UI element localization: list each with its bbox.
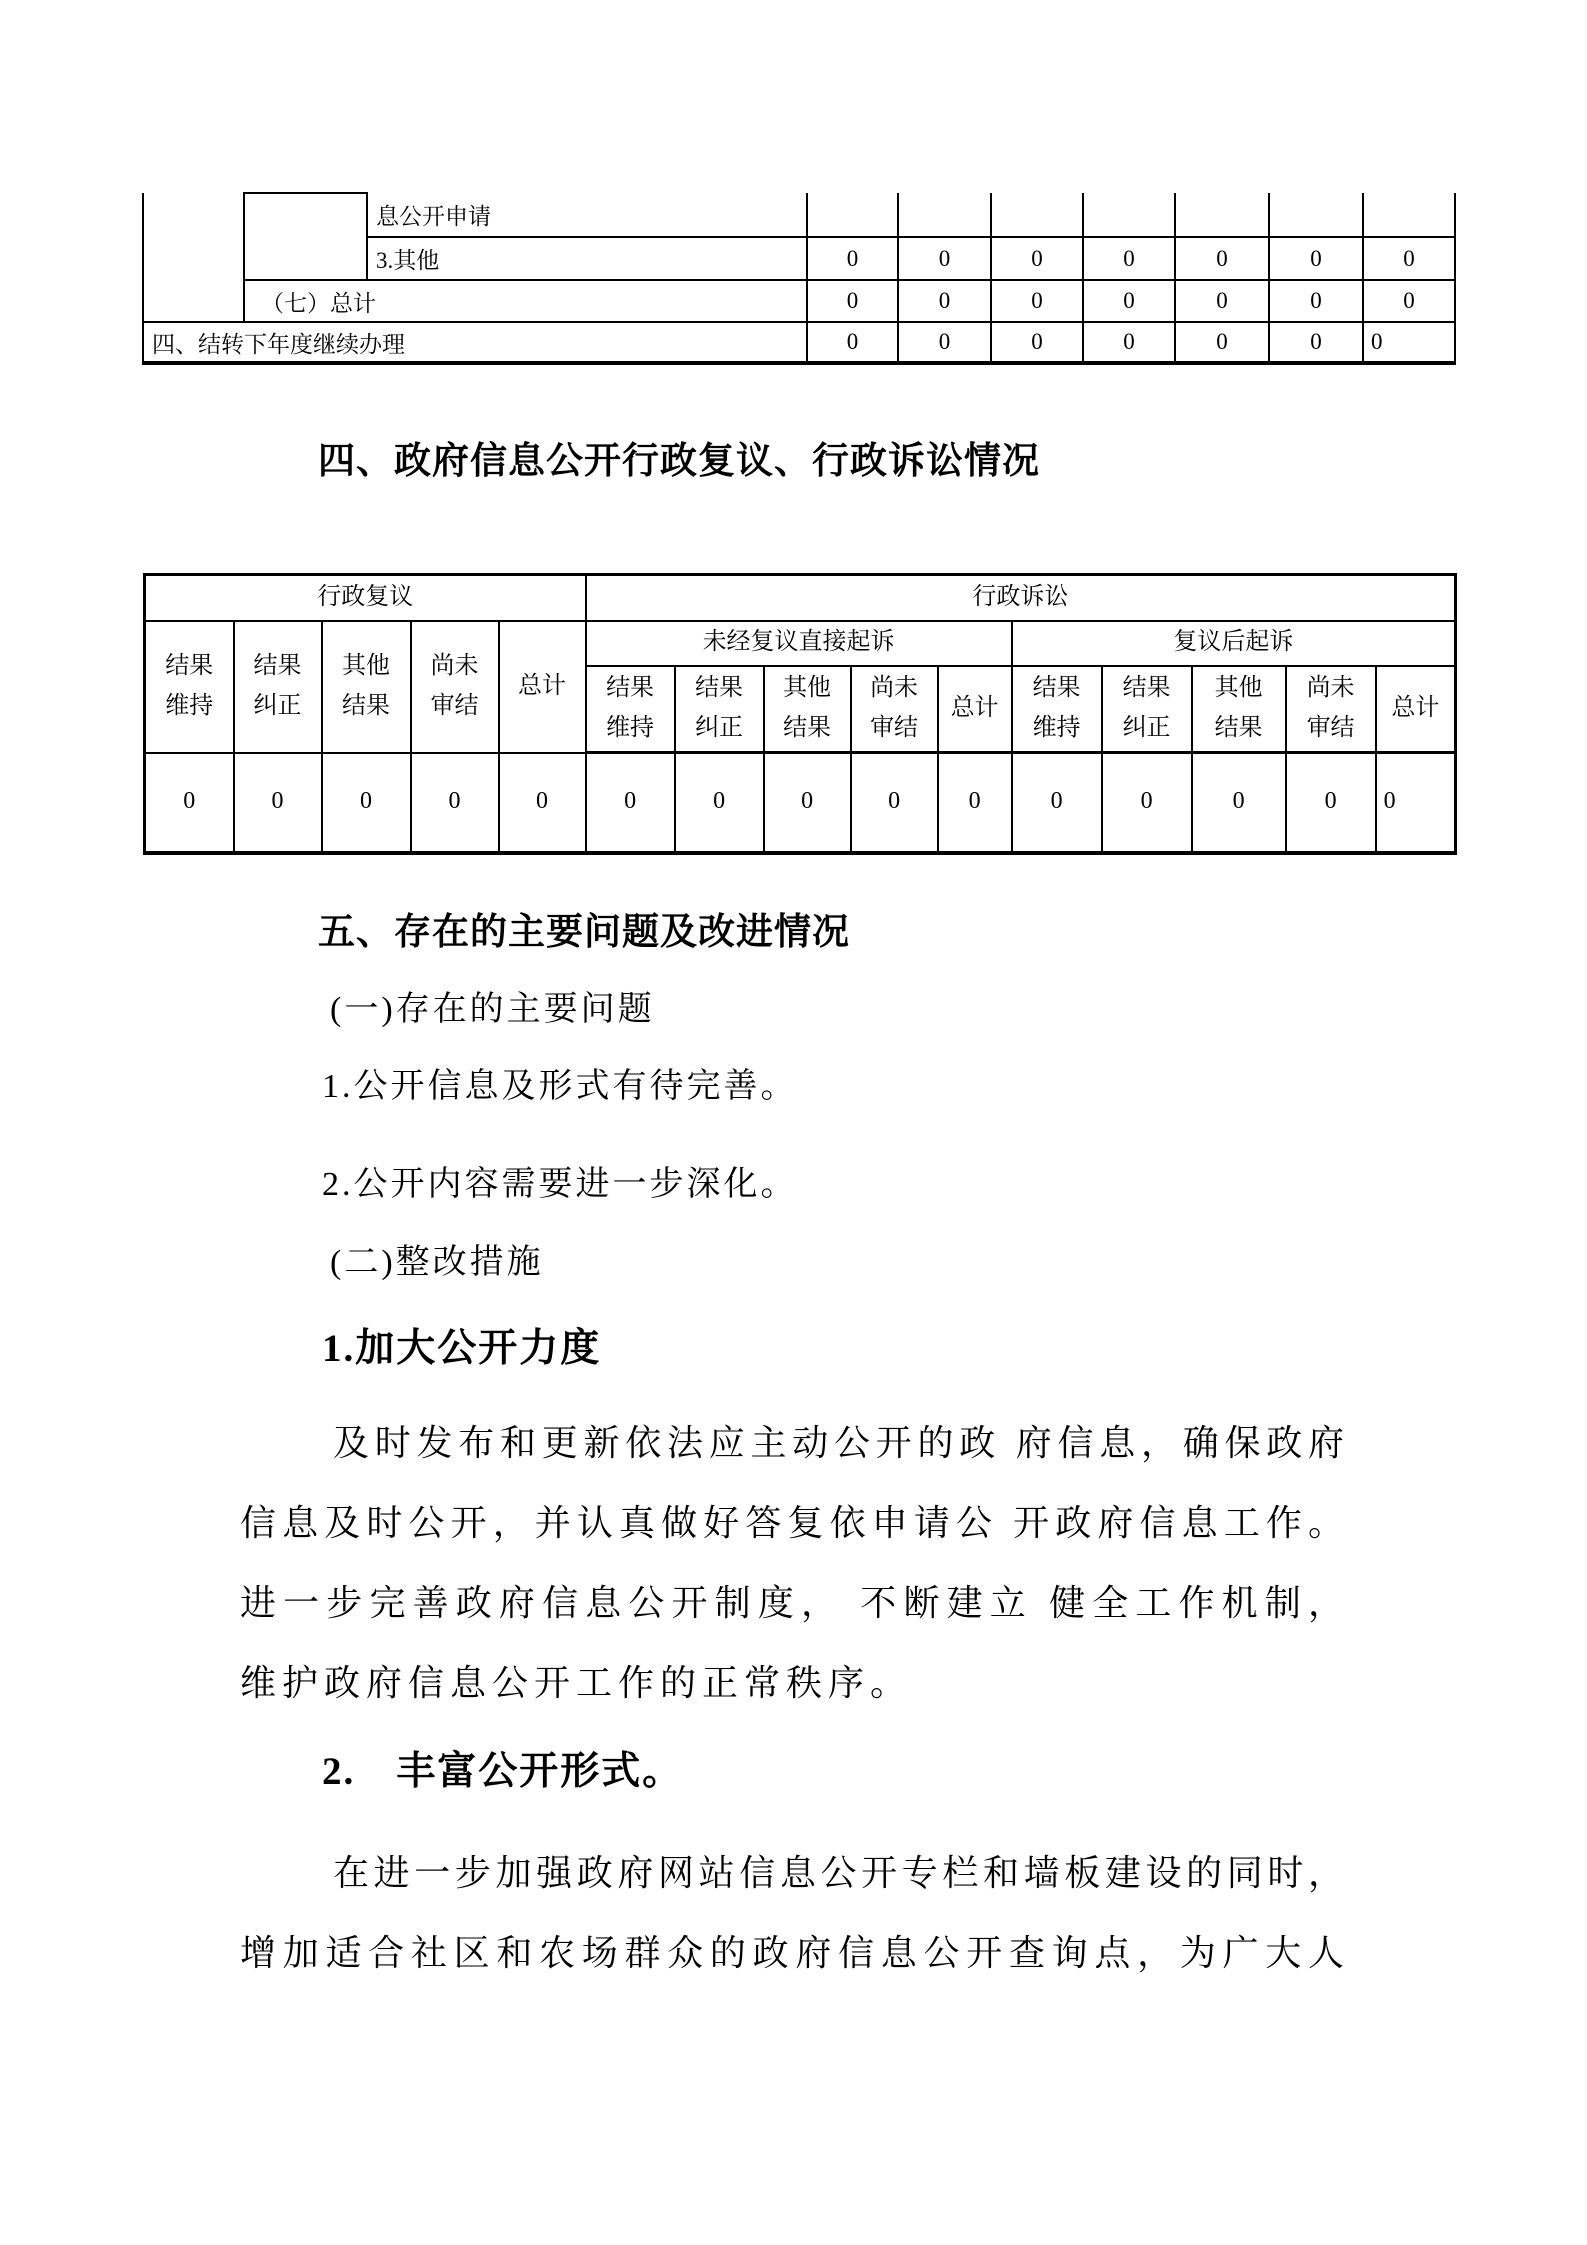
cell-value: 0: [807, 280, 898, 322]
cell-value: 0: [898, 280, 991, 322]
col-header-total: 总计: [938, 666, 1012, 753]
cell-value: 0: [898, 237, 991, 280]
subgroup-header-direct: 未经复议直接起诉: [586, 621, 1012, 666]
cell-value: [1269, 193, 1363, 237]
cell-value: 0: [938, 753, 1012, 853]
col-header: 其他结果: [764, 666, 851, 753]
problem-1: 1.公开信息及形式有待完善。: [322, 1067, 798, 1106]
col-header: 尚未审结: [851, 666, 938, 753]
table-row: （七）总计 0 0 0 0 0 0 0: [143, 280, 1455, 322]
cell-value: 0: [411, 753, 499, 853]
group-header-litigation: 行政诉讼: [586, 575, 1456, 621]
measure-1-paragraph: 及时发布和更新依法应主动公开的政 府信息，确保政府 信息及时公开，并认真做好答复…: [240, 1403, 1344, 1723]
cell-value: 0: [1286, 753, 1376, 853]
group-header-review: 行政复议: [145, 575, 586, 621]
cell-value: [898, 193, 991, 237]
cell-value: 0: [1012, 753, 1102, 853]
cell-value: 0: [586, 753, 675, 853]
section-heading-appeal: 四、政府信息公开行政复议、行政诉讼情况: [318, 440, 1040, 483]
row-label: 息公开申请: [367, 193, 807, 237]
paragraph-line: 在进一步加强政府网站信息公开专栏和墙板建设的同时，: [240, 1833, 1344, 1913]
paragraph-line: 信息及时公开，并认真做好答复依申请公 开政府信息工作。: [240, 1483, 1344, 1563]
cell-value: 0: [322, 753, 411, 853]
col-header: 结果维持: [586, 666, 675, 753]
cell-value: [1083, 193, 1175, 237]
measure-2-paragraph: 在进一步加强政府网站信息公开专栏和墙板建设的同时， 增加适合社区和农场群众的政府…: [240, 1833, 1344, 1993]
paragraph-line: 维护政府信息公开工作的正常秩序。: [240, 1643, 1344, 1723]
carryover-table: 息公开申请 3.其他 0 0 0 0 0 0 0 （七）总计 0 0 0 0 0: [142, 192, 1456, 365]
merged-empty-cell: [143, 193, 244, 322]
review-litigation-table: 行政复议 行政诉讼 结果维持 结果纠正 其他结果 尚未审结 总计 未经复议直接起…: [143, 573, 1457, 855]
col-header: 尚未审结: [411, 621, 499, 753]
cell-value: 0: [675, 753, 764, 853]
table-row: 行政复议 行政诉讼: [145, 575, 1456, 621]
col-header: 结果纠正: [234, 621, 322, 753]
col-header: 结果维持: [145, 621, 234, 753]
paragraph-line: 进一步完善政府信息公开制度， 不断建立 健全工作机制，: [240, 1563, 1344, 1643]
section-heading-problems: 五、存在的主要问题及改进情况: [318, 911, 850, 954]
cell-value: 0: [1175, 237, 1269, 280]
cell-value: 0: [1363, 237, 1455, 280]
cell-value: 0: [234, 753, 322, 853]
cell-value: [991, 193, 1083, 237]
item-rectification: (二)整改措施: [330, 1243, 544, 1282]
col-header-total: 总计: [1376, 666, 1456, 753]
col-header: 结果纠正: [1102, 666, 1192, 753]
cell-value: 0: [1175, 280, 1269, 322]
cell-value: 0: [1192, 753, 1286, 853]
cell-value: 0: [991, 322, 1083, 363]
table-row: 四、结转下年度继续办理 0 0 0 0 0 0 0: [143, 322, 1455, 363]
cell-value: [1175, 193, 1269, 237]
cell-value: 0: [1175, 322, 1269, 363]
cell-value: 0: [851, 753, 938, 853]
cell-value: 0: [991, 237, 1083, 280]
cell-value: 0: [1363, 322, 1455, 363]
col-header: 结果维持: [1012, 666, 1102, 753]
cell-value: [807, 193, 898, 237]
cell-value: 0: [1363, 280, 1455, 322]
cell-value: 0: [991, 280, 1083, 322]
cell-value: 0: [1083, 322, 1175, 363]
empty-box-cell: [244, 193, 367, 280]
cell-value: 0: [1376, 753, 1456, 853]
cell-value: 0: [499, 753, 586, 853]
cell-value: 0: [1083, 280, 1175, 322]
col-header: 结果纠正: [675, 666, 764, 753]
row-label: 四、结转下年度继续办理: [143, 322, 807, 363]
cell-value: 0: [807, 237, 898, 280]
cell-value: 0: [764, 753, 851, 853]
cell-value: 0: [1102, 753, 1192, 853]
cell-value: 0: [145, 753, 234, 853]
paragraph-line: 增加适合社区和农场群众的政府信息公开查询点，为广大人: [240, 1913, 1344, 1993]
paragraph-line: 及时发布和更新依法应主动公开的政 府信息，确保政府: [240, 1403, 1344, 1483]
col-header: 尚未审结: [1286, 666, 1376, 753]
cell-value: 0: [1269, 322, 1363, 363]
cell-value: 0: [898, 322, 991, 363]
row-label: 3.其他: [367, 237, 807, 280]
item-main-problems: (一)存在的主要问题: [330, 990, 655, 1029]
col-header: 其他结果: [1192, 666, 1286, 753]
table-row: 息公开申请: [143, 193, 1455, 237]
problem-2: 2.公开内容需要进一步深化。: [322, 1165, 798, 1204]
row-label: （七）总计: [244, 280, 807, 322]
cell-value: 0: [1269, 237, 1363, 280]
cell-value: 0: [807, 322, 898, 363]
subgroup-header-after: 复议后起诉: [1012, 621, 1456, 666]
table-row: 结果维持 结果纠正 其他结果 尚未审结 总计 未经复议直接起诉 复议后起诉: [145, 621, 1456, 666]
report-page: 息公开申请 3.其他 0 0 0 0 0 0 0 （七）总计 0 0 0 0 0: [0, 0, 1587, 2245]
table-row: 0 0 0 0 0 0 0 0 0 0 0 0 0 0 0: [145, 753, 1456, 853]
col-header-total: 总计: [499, 621, 586, 753]
cell-value: 0: [1269, 280, 1363, 322]
measure-2-title: 2. 丰富公开形式。: [322, 1750, 683, 1795]
cell-value: [1363, 193, 1455, 237]
col-header: 其他结果: [322, 621, 411, 753]
cell-value: 0: [1083, 237, 1175, 280]
measure-1-title: 1.加大公开力度: [322, 1327, 601, 1372]
